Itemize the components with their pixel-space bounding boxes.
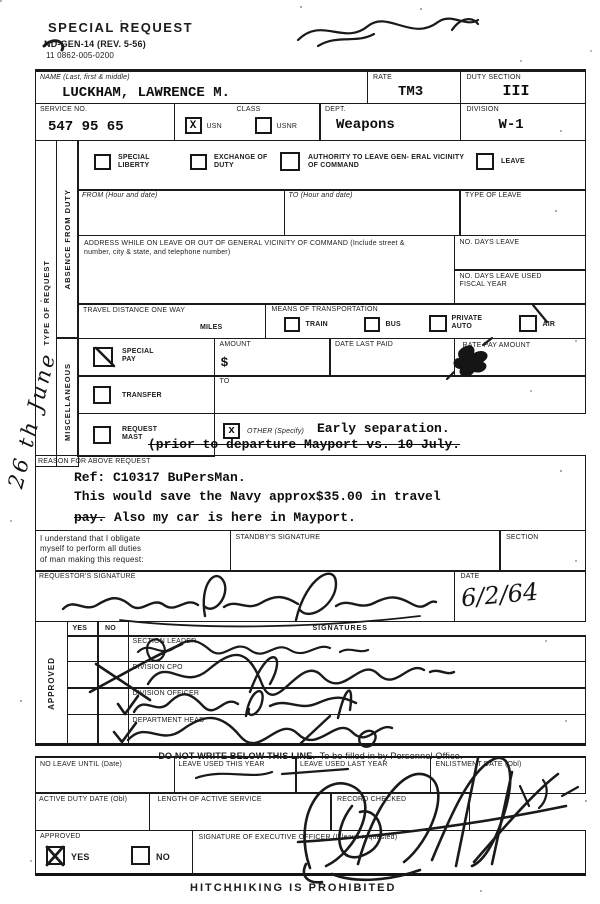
special-liberty-label: SPECIAL LIBERTY <box>118 154 176 170</box>
final-yes-label: YES <box>71 853 90 861</box>
private-auto-label: PRIVATE AUTO <box>452 315 492 331</box>
usn-check-mark: X <box>190 120 197 132</box>
transfer-to-label: TO <box>220 378 230 386</box>
scan-noise <box>0 0 2 2</box>
leave-label: LEAVE <box>501 158 525 166</box>
enlistment-date-cell: ENLISTMENT DATE (Obl) <box>430 757 587 794</box>
enlistment-date-label: ENLISTMENT DATE (Obl) <box>436 761 522 769</box>
length-active-service-cell: LENGTH OF ACTIVE SERVICE <box>149 792 332 831</box>
no-cell-row4[interactable] <box>97 714 129 745</box>
section-cell: SECTION <box>499 530 586 572</box>
request-type-row: SPECIAL LIBERTY EXCHANGE OF DUTY AUTHORI… <box>77 140 586 191</box>
special-pay-checkbox[interactable] <box>93 347 113 367</box>
date-last-paid-label: DATE LAST PAID <box>335 341 393 349</box>
final-no-label: NO <box>156 853 170 861</box>
division-cpo-signature-cell[interactable]: DIVISION CPO <box>128 661 587 689</box>
air-checkbox[interactable] <box>519 315 537 332</box>
amount-cell: AMOUNT $ <box>214 338 331 377</box>
form-title: SPECIAL REQUEST <box>48 24 193 32</box>
division-officer-label: DIVISION OFFICER <box>133 690 200 698</box>
yes-cell-row2[interactable] <box>67 661 99 689</box>
special-pay-label: SPECIAL PAY <box>122 348 167 364</box>
final-approved-label: APPROVED <box>40 833 81 841</box>
leave-used-last-year-cell: LEAVE USED LAST YEAR <box>295 757 431 794</box>
transfer-checkbox[interactable] <box>93 386 111 404</box>
exec-signature-cell[interactable]: SIGNATURE OF EXECUTIVE OFFICER (If leave… <box>192 830 587 876</box>
no-cell-row1[interactable] <box>97 635 129 662</box>
special-liberty-checkbox[interactable] <box>94 154 111 170</box>
miscellaneous-strip: MISCELLANEOUS <box>56 337 79 467</box>
date-label: DATE <box>461 573 480 581</box>
record-checked-cell: RECORD CHECKED <box>330 792 470 831</box>
division-value: W-1 <box>499 117 524 133</box>
reason-line3: Also my car is here in Mayport. <box>114 510 356 525</box>
department-head-signature-cell[interactable]: DEPARTMENT HEAD <box>128 714 587 745</box>
department-head-label: DEPARTMENT HEAD <box>133 717 205 725</box>
requestor-signature-label: REQUESTOR'S SIGNATURE <box>39 573 136 581</box>
dept-value: Weapons <box>336 117 395 133</box>
other-label: OTHER (Specify) <box>247 428 304 436</box>
leave-used-this-year-label: LEAVE USED THIS YEAR <box>179 761 265 769</box>
record-checked-label: RECORD CHECKED <box>337 796 406 804</box>
class-cell: CLASS X USN USNR <box>174 103 321 141</box>
days-leave-cell: NO. DAYS LEAVE <box>454 235 587 271</box>
division-cpo-label: DIVISION CPO <box>133 664 183 672</box>
reason-cell: REASON FOR ABOVE REQUEST Ref: C10317 BuP… <box>35 455 586 531</box>
leave-checkbox[interactable] <box>476 153 494 170</box>
request-mast-checkbox[interactable] <box>93 426 111 444</box>
type-of-leave-label: TYPE OF LEAVE <box>465 192 522 200</box>
usnr-checkbox[interactable] <box>255 117 272 134</box>
name-label: NAME (Last, first & middle) <box>40 74 130 82</box>
leave-used-last-year-label: LEAVE USED LAST YEAR <box>300 761 388 769</box>
duty-section-value: III <box>503 83 530 100</box>
private-auto-checkbox[interactable] <box>429 315 447 332</box>
hitchhiking-footer: HITCHHIKING IS PROHIBITED <box>190 884 396 892</box>
other-value-line2: (prior to departure Mayport vs. 10 July. <box>148 437 460 452</box>
requestor-signature-cell[interactable]: REQUESTOR'S SIGNATURE <box>35 570 455 622</box>
dept-label: DEPT. <box>325 106 346 114</box>
section-label: SECTION <box>506 534 539 542</box>
train-checkbox[interactable] <box>284 317 300 332</box>
reason-line1: Ref: C10317 BuPersMan. <box>74 470 246 485</box>
no-leave-until-label: NO LEAVE UNTIL (Date) <box>40 761 122 769</box>
usnr-label: USNR <box>277 123 298 131</box>
division-label: DIVISION <box>467 106 499 114</box>
miles-label: MILES <box>200 324 222 332</box>
scanned-special-request-form: SPECIAL REQUEST ND-GEN-14 (REV. 5-56) 11… <box>0 0 600 904</box>
rate-pay-amount-cell: RATE PAY AMOUNT <box>454 338 587 377</box>
exchange-of-duty-label: EXCHANGE OF DUTY <box>214 154 274 170</box>
absence-from-duty-strip: ABSENCE FROM DUTY <box>56 140 79 339</box>
no-header-label: NO <box>105 625 116 633</box>
days-leave-fy-cell: NO. DAYS LEAVE USED FISCAL YEAR <box>454 269 587 305</box>
division-cell: DIVISION W-1 <box>460 103 587 141</box>
days-leave-label: NO. DAYS LEAVE <box>460 239 520 247</box>
date-last-paid-cell: DATE LAST PAID <box>329 338 455 377</box>
authority-to-leave-label: AUTHORITY TO LEAVE GEN- ERAL VICINITY OF… <box>308 154 468 170</box>
form-number: ND-GEN-14 (REV. 5-56) <box>44 40 146 48</box>
final-no-checkbox[interactable] <box>131 846 150 865</box>
usn-checkbox[interactable]: X <box>185 117 202 134</box>
rate-pay-amount-label: RATE PAY AMOUNT <box>463 342 531 350</box>
reason-line3-struck: pay. <box>74 510 105 525</box>
transfer-label: TRANSFER <box>122 392 162 400</box>
usn-label: USN <box>207 123 222 131</box>
duty-section-label: DUTY SECTION <box>467 74 521 82</box>
from-label: FROM (Hour and date) <box>82 192 158 200</box>
train-label: TRAIN <box>306 321 328 329</box>
name-value: LUCKHAM, LAWRENCE M. <box>62 85 230 101</box>
approved-strip-label: APPROVED <box>47 657 56 710</box>
travel-distance-label: TRAVEL DISTANCE ONE WAY <box>83 307 185 315</box>
reason-line2: This would save the Navy approx$35.00 in… <box>74 489 441 504</box>
duty-section-cell: DUTY SECTION III <box>460 71 587 104</box>
rate-label: RATE <box>373 74 392 82</box>
date-cell: DATE 6/2/64 <box>454 570 587 622</box>
other-check-mark: x <box>228 425 235 437</box>
amount-label: AMOUNT <box>220 341 252 349</box>
obligation-line1: I understand that I obligate <box>40 534 140 544</box>
days-leave-fy-label: NO. DAYS LEAVE USED FISCAL YEAR <box>460 273 550 289</box>
final-approved-cell: APPROVED YES NO <box>35 830 193 876</box>
miscellaneous-label: MISCELLANEOUS <box>63 363 72 441</box>
rate-cell: RATE TM3 <box>367 71 461 104</box>
transportation-label: MEANS OF TRANSPORTATION <box>272 306 378 314</box>
signatures-header-label: SIGNATURES <box>313 625 368 633</box>
section-leader-signature-cell[interactable]: SECTION LEADER <box>128 635 587 662</box>
special-pay-cell: SPECIAL PAY <box>77 338 215 377</box>
class-label: CLASS <box>237 106 261 114</box>
leave-address-cell: ADDRESS WHILE ON LEAVE OR OUT OF GENERAL… <box>77 235 455 305</box>
standby-signature-cell[interactable]: STANDBY'S SIGNATURE <box>230 530 501 572</box>
no-cell-row2[interactable] <box>97 661 129 689</box>
travel-distance-cell: TRAVEL DISTANCE ONE WAY MILES <box>77 303 266 339</box>
active-duty-date-cell: ACTIVE DUTY DATE (Obl) <box>35 792 150 831</box>
yes-cell-row1[interactable] <box>67 635 99 662</box>
to-label: TO (Hour and date) <box>289 192 353 200</box>
exchange-of-duty-checkbox[interactable] <box>190 154 207 170</box>
yes-header-label: YES <box>73 625 88 633</box>
yes-cell-row3[interactable] <box>67 687 99 715</box>
length-active-service-label: LENGTH OF ACTIVE SERVICE <box>158 796 262 804</box>
obligation-cell: I understand that I obligate myself to p… <box>35 530 231 572</box>
form-stock-number: 11 0862-005-0200 <box>46 52 114 60</box>
dept-cell: DEPT. Weapons <box>319 103 461 141</box>
transfer-cell: TRANSFER <box>77 375 215 414</box>
to-cell: TO (Hour and date) <box>284 189 461 236</box>
exec-signature-label: SIGNATURE OF EXECUTIVE OFFICER (If leave… <box>199 834 398 842</box>
yes-cell-row4[interactable] <box>67 714 99 745</box>
section-leader-label: SECTION LEADER <box>133 638 197 646</box>
type-of-request-label: TYPE OF REQUEST <box>42 260 51 345</box>
air-label: AIR <box>543 321 556 329</box>
transportation-cell: MEANS OF TRANSPORTATION TRAIN BUS PRIVAT… <box>265 303 587 339</box>
approved-strip: APPROVED <box>35 621 68 746</box>
type-of-request-strip: TYPE OF REQUEST <box>35 140 57 467</box>
name-cell: NAME (Last, first & middle) LUCKHAM, LAW… <box>35 71 368 104</box>
rate-value: TM3 <box>398 84 423 100</box>
standby-signature-label: STANDBY'S SIGNATURE <box>236 534 321 542</box>
active-duty-date-label: ACTIVE DUTY DATE (Obl) <box>39 796 127 804</box>
amount-value: $ <box>221 355 229 370</box>
obligation-line3: of man making this request: <box>40 556 144 564</box>
type-of-leave-cell: TYPE OF LEAVE <box>459 189 586 236</box>
authority-to-leave-checkbox[interactable] <box>280 152 300 171</box>
service-no-cell: SERVICE NO. 547 95 65 <box>35 103 175 141</box>
date-value-handwritten: 6/2/64 <box>459 578 538 613</box>
obligation-line2: myself to perform all duties <box>40 545 141 553</box>
transfer-to-cell: TO <box>214 375 587 414</box>
leave-address-label: ADDRESS WHILE ON LEAVE OR OUT OF GENERAL… <box>84 239 414 257</box>
reason-label: REASON FOR ABOVE REQUEST <box>38 458 151 466</box>
bus-label: BUS <box>386 321 401 329</box>
service-no-label: SERVICE NO. <box>40 106 87 114</box>
service-no-value: 547 95 65 <box>48 119 124 135</box>
leave-used-this-year-cell: LEAVE USED THIS YEAR <box>174 757 297 794</box>
final-yes-checkbox[interactable] <box>46 846 65 865</box>
from-cell: FROM (Hour and date) <box>77 189 285 236</box>
other-value-line1: Early separation. <box>317 421 450 436</box>
absence-from-duty-label: ABSENCE FROM DUTY <box>63 189 72 289</box>
no-cell-row3[interactable] <box>97 687 129 715</box>
bus-checkbox[interactable] <box>364 317 380 332</box>
division-officer-signature-cell[interactable]: DIVISION OFFICER <box>128 687 587 715</box>
no-leave-until-cell: NO LEAVE UNTIL (Date) <box>35 757 175 794</box>
